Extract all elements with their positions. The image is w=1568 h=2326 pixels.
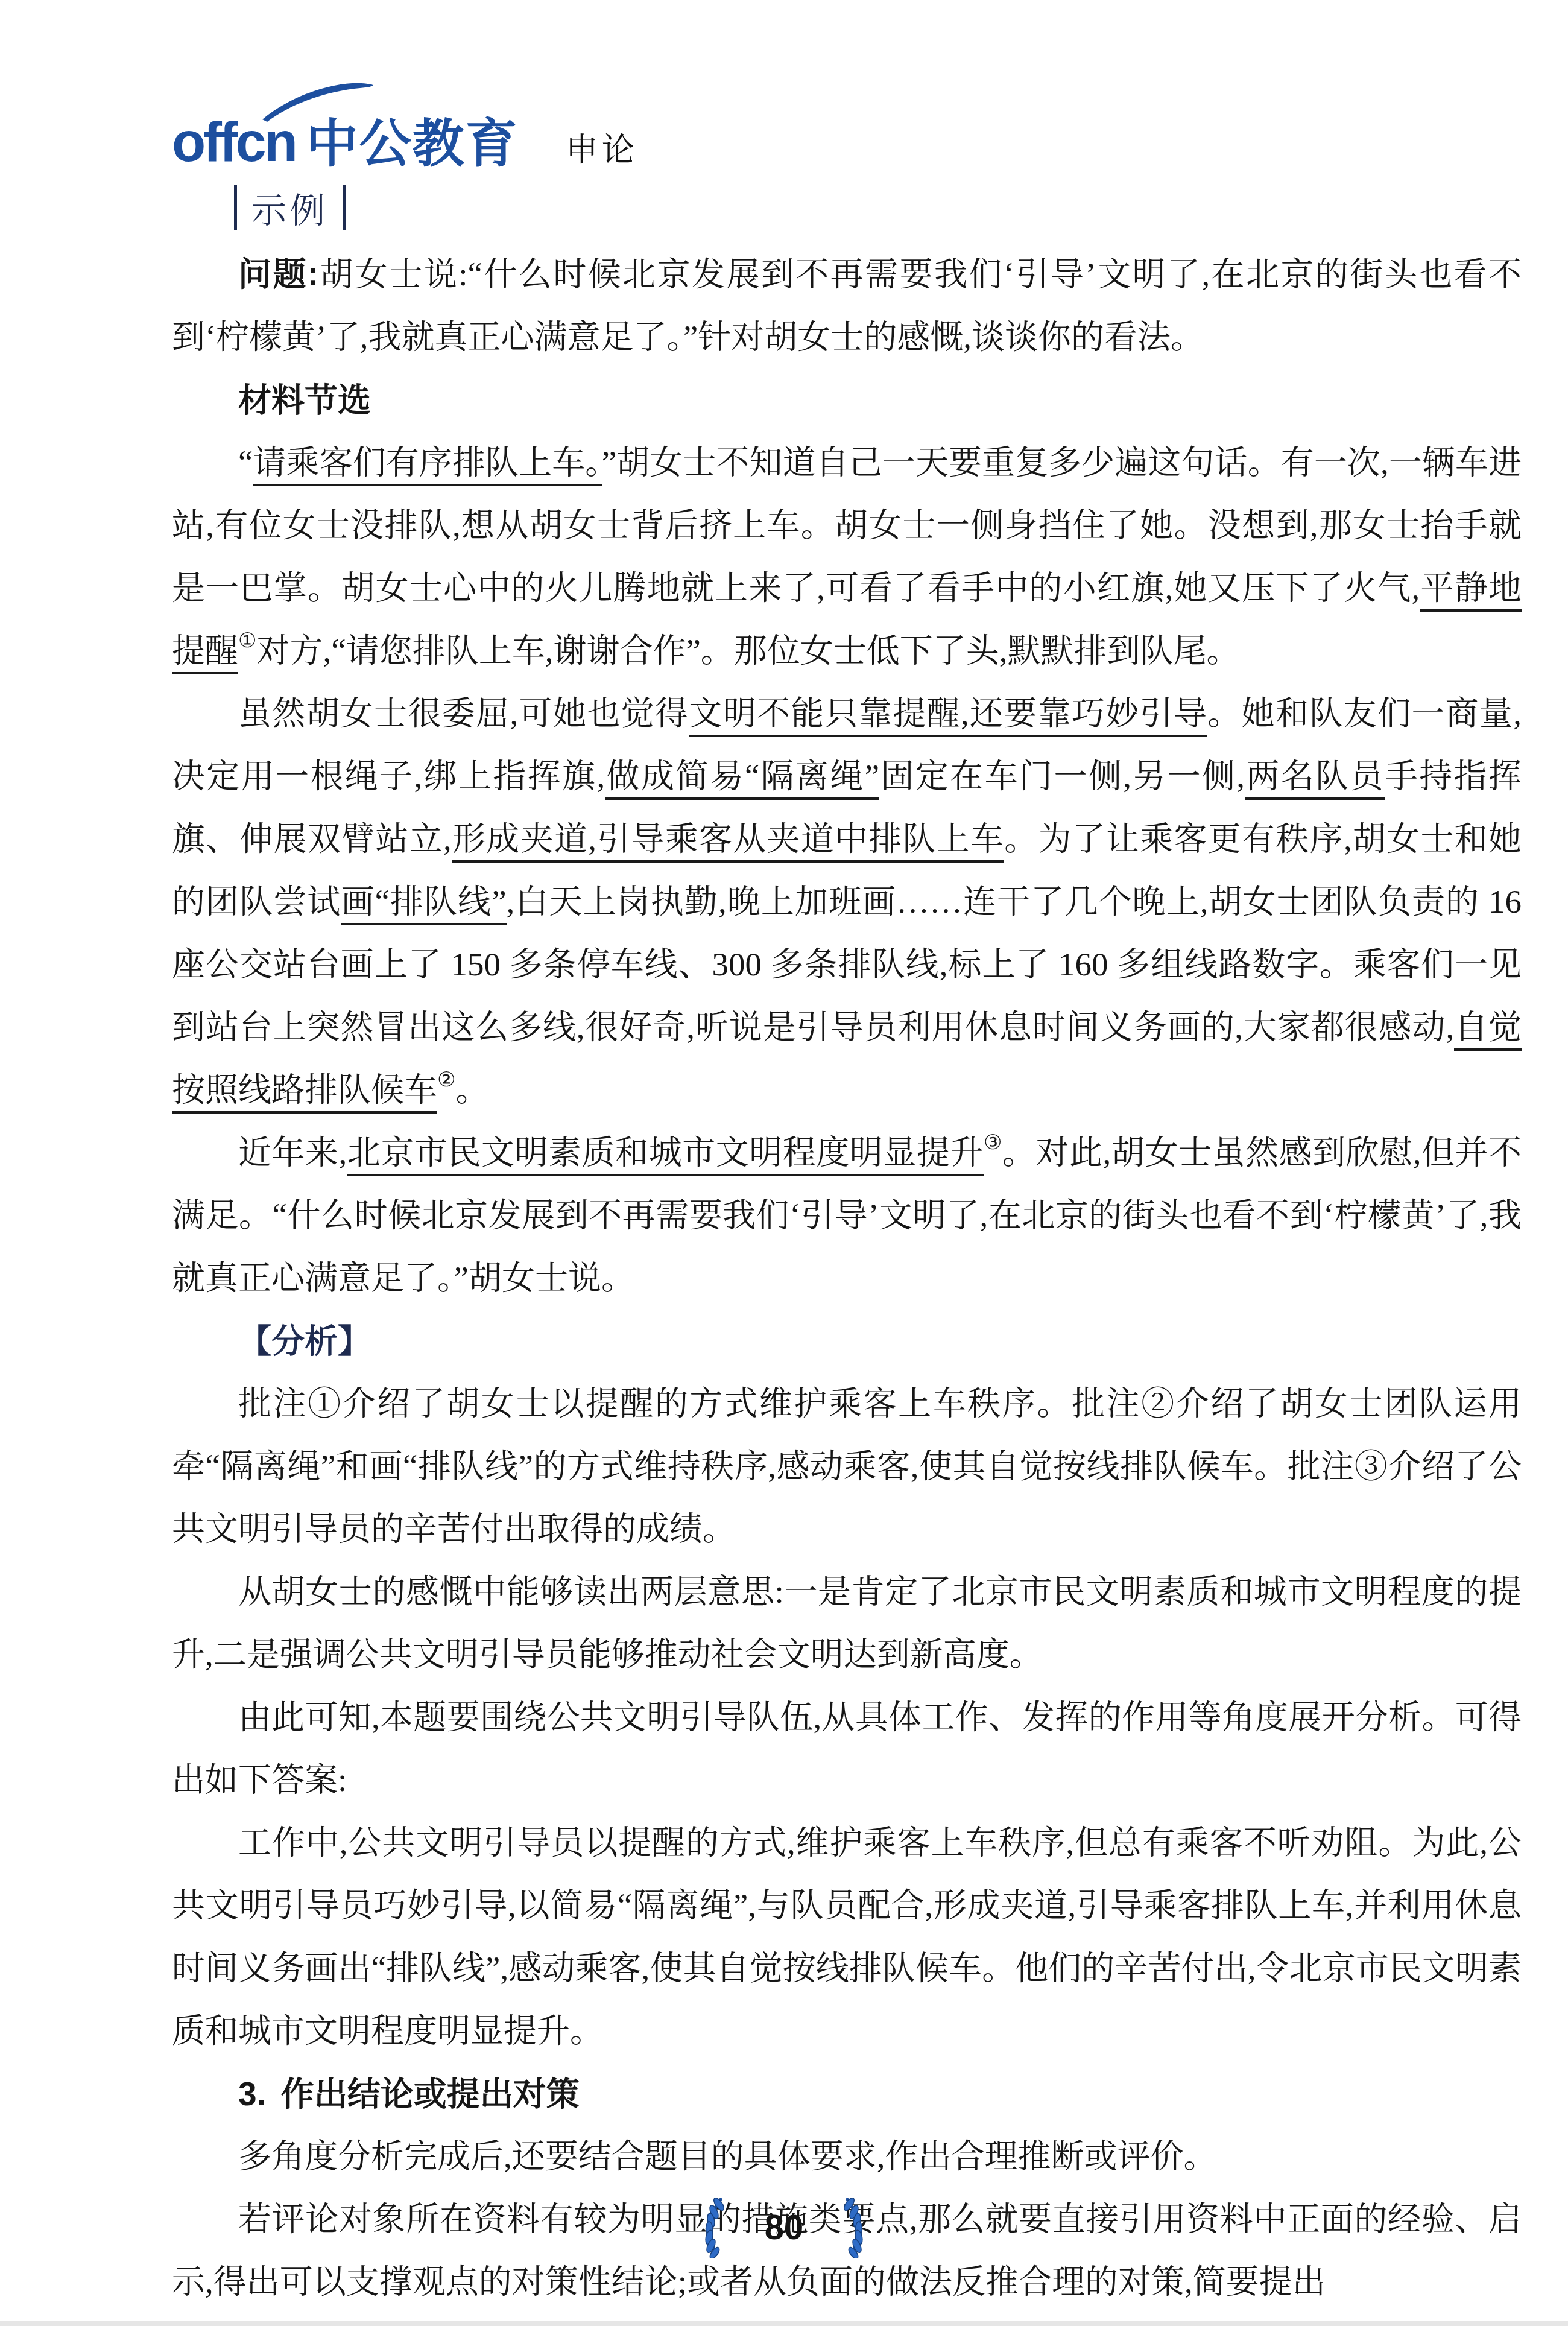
analysis-paragraph-2: 从胡女士的感慨中能够读出两层意思:一是肯定了北京市民文明素质和城市文明程度的提升… [172,1561,1522,1686]
note-ref: ② [437,1069,455,1091]
question-label: 问题: [238,255,318,293]
text-segment: 虽然胡女士很委屈,可她也觉得 [238,695,689,732]
analysis-paragraph-4: 工作中,公共文明引导员以提醒的方式,维护乘客上车秩序,但总有乘客不听劝阻。为此,… [172,1811,1522,2062]
text-segment: 。 [456,1071,489,1108]
subject-label: 申论 [566,134,638,170]
text-segment: 对方,“请您排队上车,谢谢合作”。那位女士低下了头,默默排到队尾。 [257,632,1240,669]
page-number: 80 [765,2207,804,2248]
step-heading-text: 作出结论或提出对策 [281,2075,580,2112]
text-segment: “ [238,444,253,481]
underlined-text: 做成简易“隔离绳” [605,758,879,800]
offcn-logo-text: offcn [172,115,296,170]
logo-swoosh-icon [261,81,382,122]
analysis-heading: 【分析】 [172,1310,1522,1372]
marker-bar-left [234,185,237,230]
underlined-text: 文明不能只靠提醒,还要靠巧妙引导 [689,695,1207,737]
underlined-text: 画“排队线” [341,883,506,925]
page-edge [0,2321,1568,2326]
text-segment: 固定在车门一侧,另一侧, [879,758,1245,794]
material-paragraph-2: 虽然胡女士很委屈,可她也觉得文明不能只靠提醒,还要靠巧妙引导。她和队友们一商量,… [172,682,1522,1121]
laurel-left-icon [698,2196,727,2258]
analysis-paragraph-1: 批注①介绍了胡女士以提醒的方式维护乘客上车秩序。批注②介绍了胡女士团队运用牵“隔… [172,1372,1522,1561]
laurel-right-icon [841,2196,870,2258]
example-marker-label: 示例 [251,182,329,233]
underlined-text: 形成夹道,引导乘客从夹道中排队上车 [452,820,1004,863]
step-heading-number: 3. [238,2075,266,2112]
underlined-text: 请乘客们有序排队上车。 [253,444,601,486]
question-paragraph: 问题:胡女士说:“什么时候北京发展到不再需要我们‘引导’文明了,在北京的街头也看… [172,242,1522,369]
marker-bar-right [343,185,346,230]
material-heading: 材料节选 [172,369,1522,431]
note-ref: ① [238,630,256,652]
offcn-logo: offcn 中公教育 [172,115,519,170]
step-paragraph-1: 多角度分析完成后,还要结合题目的具体要求,作出合理推断或评价。 [172,2125,1522,2188]
note-ref: ③ [984,1132,1002,1154]
document-body: 问题:胡女士说:“什么时候北京发展到不再需要我们‘引导’文明了,在北京的街头也看… [172,242,1522,2313]
material-paragraph-3: 近年来,北京市民文明素质和城市文明程度明显提升③。对此,胡女士虽然感到欣慰,但并… [172,1121,1522,1310]
text-segment: 近年来, [238,1134,347,1171]
page-footer: 80 [0,2196,1568,2258]
material-paragraph-1: “请乘客们有序排队上车。”胡女士不知道自己一天要重复多少遍这句话。有一次,一辆车… [172,431,1522,682]
analysis-paragraph-3: 由此可知,本题要围绕公共文明引导队伍,从具体工作、发挥的作用等角度展开分析。可得… [172,1686,1522,1811]
page: offcn 中公教育 申论 示例 问题:胡女士说:“什么时候北京发展到不再需要我… [0,0,1568,2326]
step-heading: 3.作出结论或提出对策 [172,2062,1522,2125]
logo-chinese-text: 中公教育 [306,118,519,170]
underlined-text: 北京市民文明素质和城市文明程度明显提升 [347,1134,984,1176]
example-marker: 示例 [234,182,346,233]
underlined-text: 两名队员 [1245,758,1385,800]
page-header: offcn 中公教育 申论 [172,115,638,170]
question-text: 胡女士说:“什么时候北京发展到不再需要我们‘引导’文明了,在北京的街头也看不到‘… [172,256,1522,355]
